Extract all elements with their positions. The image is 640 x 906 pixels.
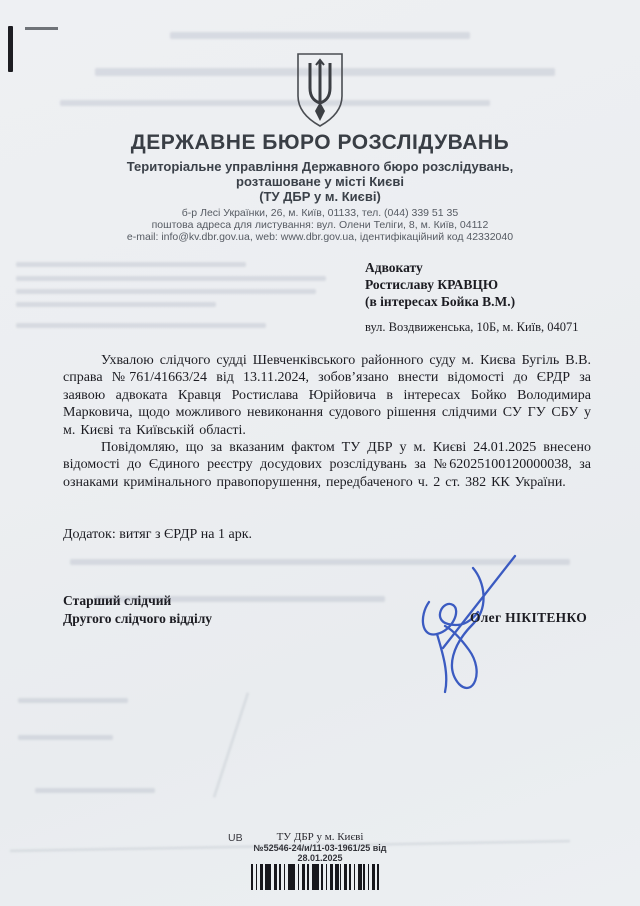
scanned-letter-page: ДЕРЖАВНЕ БЮРО РОЗСЛІДУВАНЬ Територіальне… xyxy=(0,0,640,906)
org-subtitle-line3: (ТУ ДБР у м. Києві) xyxy=(0,189,640,204)
org-subtitle-line1: Територіальне управління Державного бюро… xyxy=(0,159,640,174)
bleedthrough-text xyxy=(16,323,266,328)
recipient-address: вул. Воздвиженська, 10Б, м. Київ, 04071 xyxy=(365,319,625,336)
scan-artifact-mark xyxy=(8,26,13,72)
bleedthrough-text xyxy=(16,289,316,294)
attachment-line: Додаток: витяг з ЄРДР на 1 арк. xyxy=(63,527,252,543)
footer-reg-date: 28.01.2025 xyxy=(0,853,640,863)
bleedthrough-text xyxy=(18,698,128,703)
body-paragraph-2: Повідомляю, що за вказаним фактом ТУ ДБР… xyxy=(63,439,591,491)
footer-reg-number: №52546-24/и/11-03-1961/25 від xyxy=(0,843,640,853)
signer-name: Олег НІКІТЕНКО xyxy=(470,610,587,626)
bleedthrough-text xyxy=(16,302,216,307)
org-subtitle-line2: розташоване у місті Києві xyxy=(0,174,640,189)
org-address-line3: e-mail: info@kv.dbr.gov.ua, web: www.dbr… xyxy=(0,231,640,243)
bleedthrough-text xyxy=(16,262,246,267)
org-address-line1: б-р Лесі Українки, 26, м. Київ, 01133, т… xyxy=(0,207,640,219)
org-address-line2: поштова адреса для листування: вул. Олен… xyxy=(0,219,640,231)
ukraine-trident-emblem-icon xyxy=(295,52,345,130)
bleedthrough-text xyxy=(16,276,326,281)
recipient-title: Адвокату xyxy=(365,259,625,276)
recipient-block: Адвокату Ростиславу КРАВЦЮ (в інтересах … xyxy=(365,259,625,336)
signer-position-line2: Другого слідчого відділу xyxy=(63,610,212,628)
signer-position: Старший слідчий Другого слідчого відділу xyxy=(63,592,212,628)
letter-body: Ухвалою слідчого судді Шевченківського р… xyxy=(63,352,591,491)
footer-office: ТУ ДБР у м. Києві xyxy=(0,831,640,843)
paper-crease xyxy=(213,692,249,797)
body-paragraph-1: Ухвалою слідчого судді Шевченківського р… xyxy=(63,352,591,439)
bleedthrough-text xyxy=(35,788,155,793)
org-name: ДЕРЖАВНЕ БЮРО РОЗСЛІДУВАНЬ xyxy=(0,131,640,155)
signer-position-line1: Старший слідчий xyxy=(63,592,212,610)
registration-barcode-icon xyxy=(251,864,381,890)
scan-artifact-line xyxy=(25,27,58,30)
recipient-name: Ростиславу КРАВЦЮ xyxy=(365,276,625,293)
bleedthrough-text xyxy=(60,100,490,106)
recipient-interest: (в інтересах Бойка В.М.) xyxy=(365,293,625,310)
bleedthrough-text xyxy=(18,735,113,740)
bleedthrough-text xyxy=(170,32,470,39)
